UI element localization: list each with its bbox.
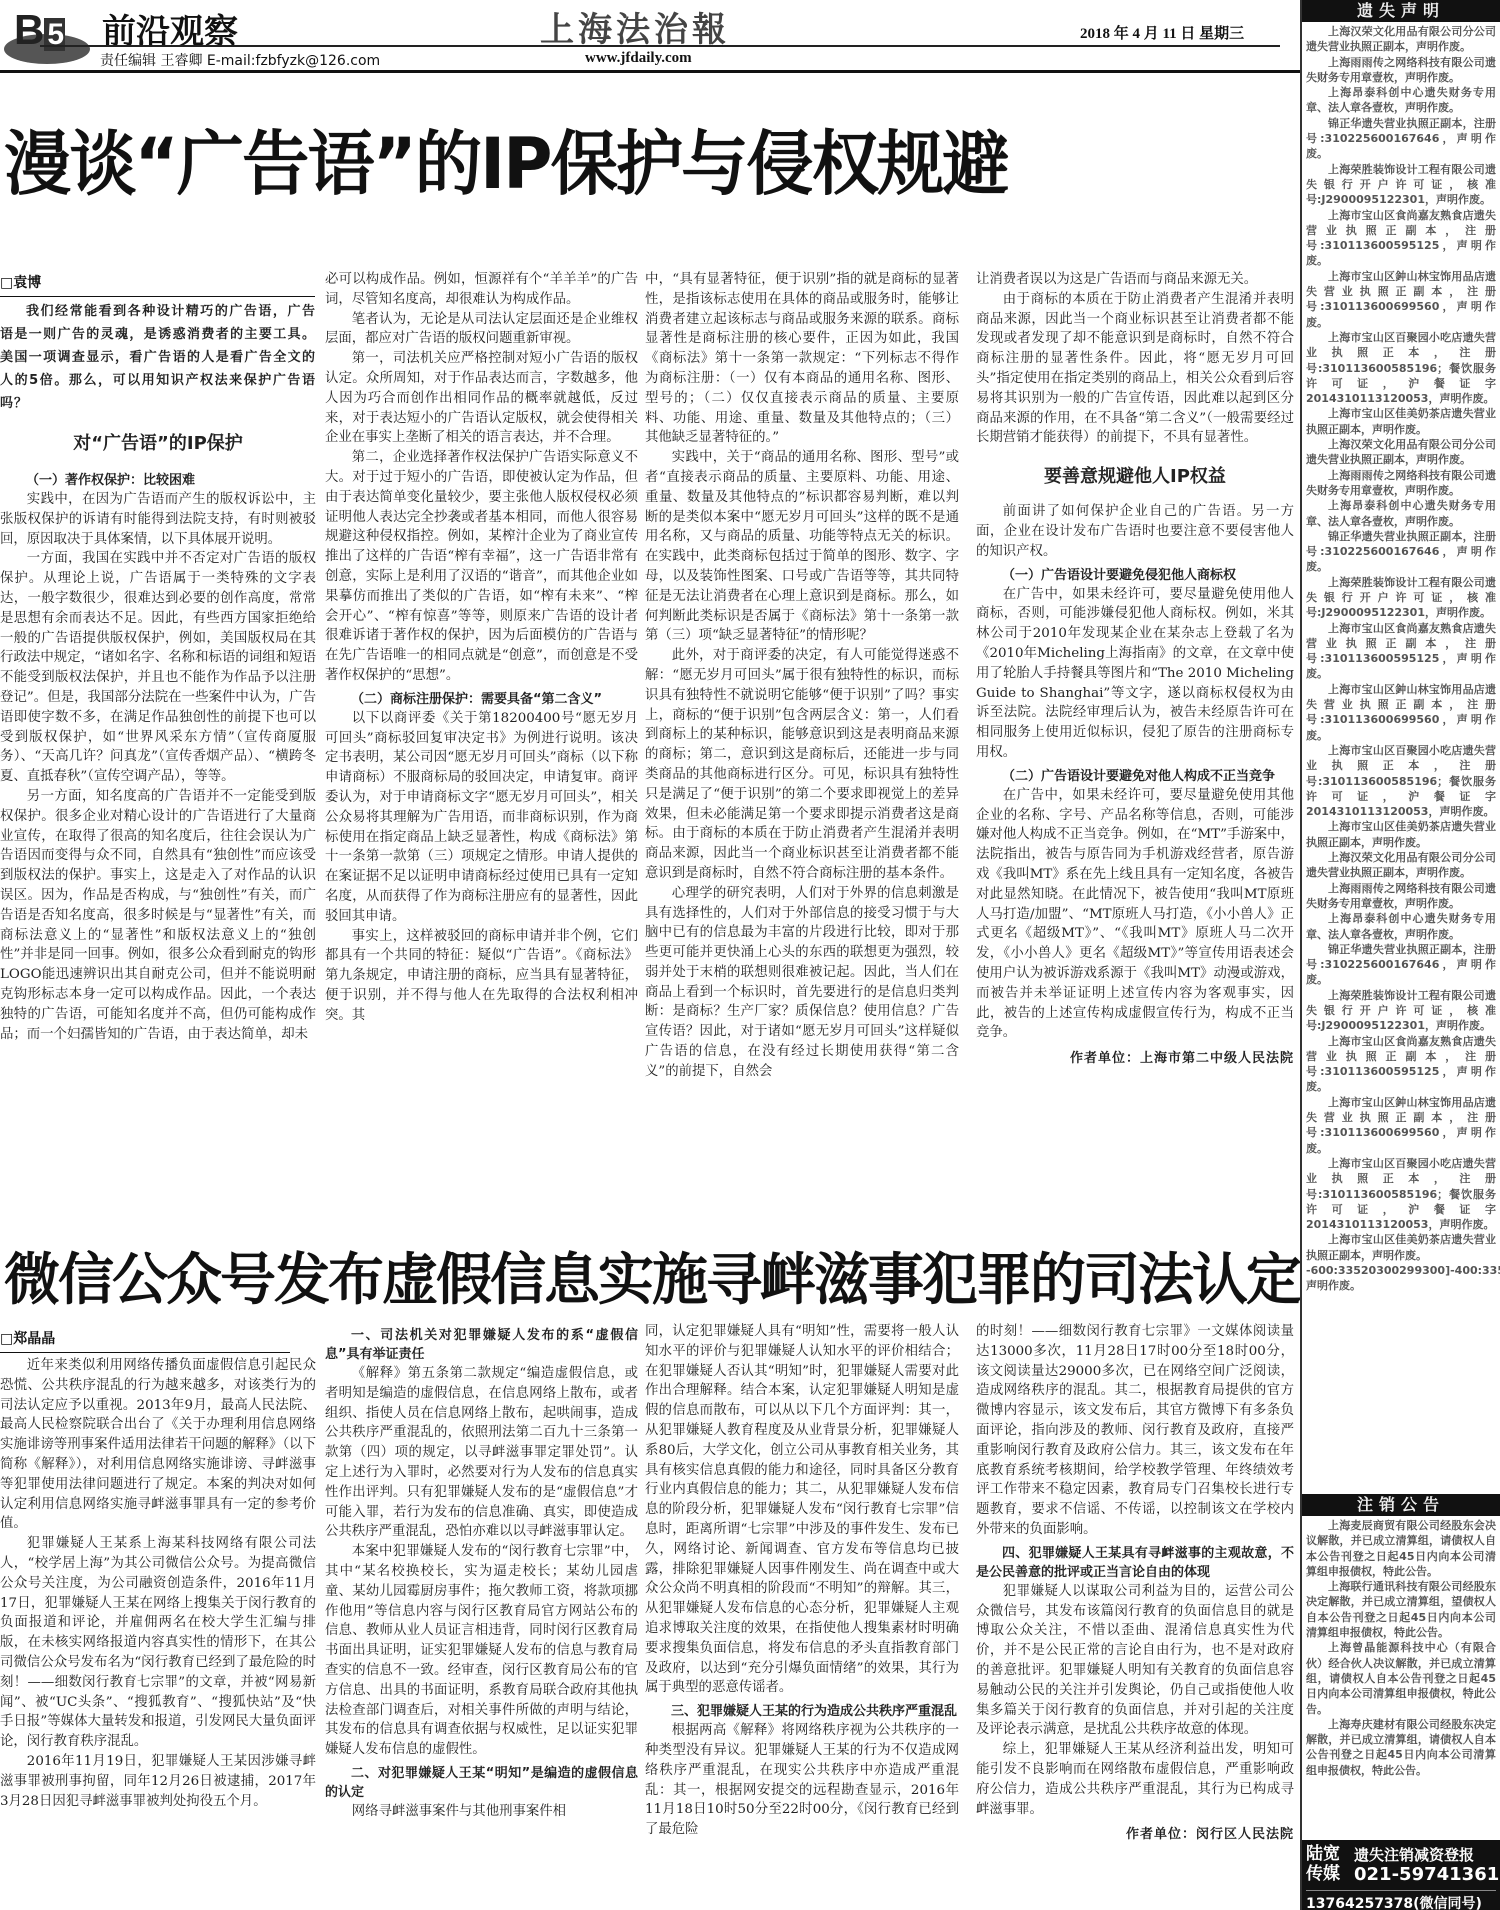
issue-date: 2018 年 4 月 11 日 星期三 bbox=[1080, 22, 1244, 43]
notice-item: 上海市宝山区鈡山林宝饰用品店遗失营业执照正副本，注册号:310113600699… bbox=[1306, 1095, 1496, 1156]
newspaper-masthead: 上海法治報 bbox=[540, 2, 730, 51]
notice-item: 上海市宝山区食尚嘉友熟食店遗失营业执照正副本，注册号:3101136005951… bbox=[1306, 621, 1496, 682]
article2-subheading-1: 一、司法机关对犯罪嫌疑人发布的系“虚假信息”具有举证责任 bbox=[325, 1324, 638, 1362]
paragraph: 笔者认为，无论是从司法认定层面还是企业维权层面，都应对广告语的版权问题重新审视。 bbox=[325, 310, 638, 350]
paragraph: 以下以商评委《关于第18200400号“愿无岁月可回头”商标驳回复审决定书》为例… bbox=[325, 709, 638, 927]
article2-byline: □郑晶晶 bbox=[0, 1328, 290, 1353]
notice-item: 上海市宝山区食尚嘉友熟食店遗失营业执照正副本，注册号:3101136005951… bbox=[1306, 208, 1496, 269]
page-number-badge: B5 bbox=[4, 6, 90, 64]
article1-subheading-3: （一）广告语设计要避免侵犯他人商标权 bbox=[976, 564, 1294, 583]
article2-subheading-3: 三、犯罪嫌疑人王某的行为造成公共秩序严重混乱 bbox=[645, 1700, 959, 1719]
notice-item: 上海雨雨传之网络科技有限公司遗失财务专用章壹枚，声明作废。 bbox=[1306, 881, 1496, 912]
page-letter: B bbox=[14, 6, 42, 53]
notice-item: 上海市宝山区百聚园小吃店遗失营业执照正本，注册号:310113600585196… bbox=[1306, 330, 1496, 406]
paragraph: 第一，司法机关应严格控制对短小广告语的版权认定。众所周知，对于作品表达而言，字数… bbox=[325, 349, 638, 448]
notice-item: 上海市宝山区佳美奶茶店遗失营业执照正副本，声明作废。 bbox=[1306, 406, 1496, 437]
article1-headline: 漫谈“广告语”的IP保护与侵权规避 bbox=[4, 108, 1008, 209]
paragraph: 综上，犯罪嫌疑人王某从经济利益出发，明知可能引发不良影响而在网络散布虚假信息，严… bbox=[976, 1740, 1294, 1819]
notice-item: 上海市宝山区佳美奶茶店遗失营业执照正副本，声明作废。 bbox=[1306, 819, 1496, 850]
article2-subheading-2: 二、对犯罪嫌疑人王某“明知”是编造的虚假信息的认定 bbox=[325, 1762, 638, 1800]
ad-mobile[interactable]: 13764257378(微信同号) bbox=[1306, 1890, 1496, 1910]
paragraph: 网络寻衅滋事案件与其他刑事案件相 bbox=[325, 1802, 638, 1822]
article2-column-2: 一、司法机关对犯罪嫌疑人发布的系“虚假信息”具有举证责任 《解释》第五条第二款规… bbox=[325, 1322, 638, 1910]
ad-brand: 陆宽传媒 bbox=[1306, 1844, 1346, 1884]
paragraph: 实践中，关于“商品的通用名称、图形、型号”或者“直接表示商品的质量、主要原料、功… bbox=[645, 448, 959, 646]
article1-author-affiliation: 作者单位：上海市第二中级人民法院 bbox=[976, 1047, 1294, 1066]
notice-item: 上海昂泰科创中心遗失财务专用章、法人章各壹枚，声明作废。 bbox=[1306, 911, 1496, 942]
notice-item: 上海市宝山区食尚嘉友熟食店遗失营业执照正副本，注册号:3101136005951… bbox=[1306, 1034, 1496, 1095]
cancel-notice-title: 注销公告 bbox=[1302, 1494, 1500, 1516]
notice-item: 锦正华遗失营业执照正副本，注册号:310225600167646，声明作废。 bbox=[1306, 942, 1496, 988]
notice-item: 上海市宝山区百聚园小吃店遗失营业执照正本，注册号:310113600585196… bbox=[1306, 1156, 1496, 1232]
paragraph: 心理学的研究表明，人们对于外界的信息刺激是具有选择性的，人们对于外部信息的接受习… bbox=[645, 884, 959, 1082]
classifieds-sidebar: 遗失声明 上海汉荣文化用品有限公司分公司遗失营业执照正副本，声明作废。 上海雨雨… bbox=[1300, 0, 1500, 1910]
paragraph: 犯罪嫌疑人以谋取公司利益为目的，运营公司公众微信号，其发布该篇闵行教育的负面信息… bbox=[976, 1582, 1294, 1740]
article1-subheading-4: （二）广告语设计要避免对他人构成不正当竞争 bbox=[976, 765, 1294, 784]
paragraph: 2016年11月19日，犯罪嫌疑人王某因涉嫌寻衅滋事罪被刑事拘留，同年12月26… bbox=[0, 1752, 316, 1811]
website-link[interactable]: www.jfdaily.com bbox=[585, 50, 692, 67]
notice-item: 锦正华遗失营业执照正副本，注册号:310225600167646，声明作废。 bbox=[1306, 529, 1496, 575]
notice-item: 上海荣胜装饰设计工程有限公司遗失银行开户许可证，核准号:J29000951223… bbox=[1306, 575, 1496, 621]
header-rule bbox=[40, 45, 1280, 47]
article2-column-1: 近年来类似利用网络传播负面虚假信息引起民众恐慌、公共秩序混乱的行为越来越多，对该… bbox=[0, 1356, 316, 1910]
paragraph: 必可以构成作品。例如，恒源祥有个“羊羊羊”的广告词，尽管知名度高，却很难认为构成… bbox=[325, 270, 638, 310]
article1-section-heading-2: 要善意规避他人IP权益 bbox=[976, 462, 1294, 488]
paragraph: 实践中，在因为广告语而产生的版权诉讼中，主张版权保护的诉请有时能得到法院支持，有… bbox=[0, 490, 316, 549]
article2-subheading-4: 四、犯罪嫌疑人王某具有寻衅滋事的主观故意，不是公民善意的批评或正当言论自由的体现 bbox=[976, 1542, 1294, 1580]
lost-notice-title: 遗失声明 bbox=[1302, 0, 1500, 22]
article2-author-affiliation: 作者单位：闵行区人民法院 bbox=[976, 1823, 1294, 1842]
article1-column-2: 必可以构成作品。例如，恒源祥有个“羊羊羊”的广告词，尽管知名度高，却很难认为构成… bbox=[325, 270, 638, 1235]
paragraph: 《解释》第五条第二款规定“编造虚假信息，或者明知是编造的虚假信息，在信息网络上散… bbox=[325, 1364, 638, 1542]
notice-item: -600:33520300299300]-400:33520400520900]… bbox=[1306, 1263, 1496, 1294]
notice-item: 上海市宝山区百聚园小吃店遗失营业执照正本，注册号:310113600585196… bbox=[1306, 743, 1496, 819]
paragraph: 同，认定犯罪嫌疑人具有“明知”性，需要将一般人认知水平的评价与犯罪嫌疑人认知水平… bbox=[645, 1322, 959, 1698]
notice-item: 上海汉荣文化用品有限公司分公司遗失营业执照正副本，声明作废。 bbox=[1306, 850, 1496, 881]
paragraph: 根据两高《解释》将网络秩序视为公共秩序的一种类型没有异议。犯罪嫌疑人王某的行为不… bbox=[645, 1721, 959, 1840]
lost-notice-list: 上海汉荣文化用品有限公司分公司遗失营业执照正副本，声明作废。 上海雨雨传之网络科… bbox=[1302, 22, 1500, 1492]
article1-column-4: 让消费者误以为这是广告语而与商品来源无关。 由于商标的本质在于防止消费者产生混淆… bbox=[976, 270, 1294, 1235]
ad-service: 遗失注销减资登报 bbox=[1354, 1844, 1474, 1865]
notice-item: 上海雨雨传之网络科技有限公司遗失财务专用章壹枚，声明作废。 bbox=[1306, 55, 1496, 86]
notice-item: 上海汉荣文化用品有限公司分公司遗失营业执照正副本，声明作废。 bbox=[1306, 24, 1496, 55]
notice-item: 上海曾晶能源科技中心（有限合伙）经合伙人决议解散，并已成立清算组，请债权人自本公… bbox=[1306, 1640, 1496, 1716]
paragraph: 一方面，我国在实践中并不否定对广告语的版权保护。从理论上说，广告语属于一类特殊的… bbox=[0, 549, 316, 787]
article1-subheading-1: （一）著作权保护：比较困难 bbox=[0, 469, 316, 488]
paragraph: 让消费者误以为这是广告语而与商品来源无关。 bbox=[976, 270, 1294, 290]
notice-item: 上海麦辰商贸有限公司经股东会决议解散，并已成立清算组，请债权人自本公告刊登之日起… bbox=[1306, 1518, 1496, 1579]
notice-item: 上海市宝山区鈡山林宝饰用品店遗失营业执照正副本，注册号:310113600699… bbox=[1306, 269, 1496, 330]
article1-column-1: 我们经常能看到各种设计精巧的广告语，广告语是一则广告的灵魂，是诱惑消费者的主要工… bbox=[0, 300, 316, 1235]
paragraph: 犯罪嫌疑人王某系上海某科技网络有限公司法人，“校学居上海”为其公司微信公众号。为… bbox=[0, 1534, 316, 1752]
paragraph: 由于商标的本质在于防止消费者产生混淆并表明商品来源，因此当一个商业标识甚至让消费… bbox=[976, 290, 1294, 448]
paragraph: 此外，对于商评委的决定，有人可能觉得迷惑不解：“愿无岁月可回头”属于很有独特性的… bbox=[645, 646, 959, 884]
classified-ad-banner: 陆宽传媒 遗失注销减资登报 021-59741361 13764257378(微… bbox=[1302, 1840, 1500, 1910]
header-bottom-rule bbox=[0, 70, 1300, 73]
paragraph: 在广告中，如果未经许可，要尽量避免使用其他企业的名称、字号、产品名称等信息，否则… bbox=[976, 786, 1294, 1043]
paragraph: 近年来类似利用网络传播负面虚假信息引起民众恐慌、公共秩序混乱的行为越来越多，对该… bbox=[0, 1356, 316, 1534]
paragraph: 第二，企业选择著作权法保护广告语实际意义不大。对于过于短小的广告语，即使被认定为… bbox=[325, 448, 638, 686]
notice-item: 上海市宝山区鈡山林宝饰用品店遗失营业执照正副本，注册号:310113600699… bbox=[1306, 682, 1496, 743]
notice-item: 上海昂泰科创中心遗失财务专用章、法人章各壹枚，声明作废。 bbox=[1306, 498, 1496, 529]
article1-subheading-2: （二）商标注册保护：需要具备“第二含义” bbox=[325, 688, 638, 707]
article1-column-3: 中，“具有显著特征，便于识别”指的就是商标的显著性，是指该标志使用在具体的商品或… bbox=[645, 270, 959, 1235]
editor-credit: 责任编辑 王睿卿 E-mail:fzbfyzk@126.com bbox=[100, 50, 380, 70]
notice-item: 上海荣胜装饰设计工程有限公司遗失银行开户许可证，核准号:J29000951223… bbox=[1306, 988, 1496, 1034]
article1-section-heading-1: 对“广告语”的IP保护 bbox=[0, 429, 316, 455]
paragraph: 在广告中，如果未经许可，要尽量避免使用他人商标，否则，可能涉嫌侵犯他人商标权。例… bbox=[976, 585, 1294, 763]
article2-column-3: 同，认定犯罪嫌疑人具有“明知”性，需要将一般人认知水平的评价与犯罪嫌疑人认知水平… bbox=[645, 1322, 959, 1910]
article1-byline: □袁博 bbox=[0, 272, 315, 297]
paragraph: 本案中犯罪嫌疑人发布的“闵行教育七宗罪”中，其中“某名校换校长，实为逼走校长；某… bbox=[325, 1542, 638, 1760]
page-header: B5 前沿观察 上海法治報 责任编辑 王睿卿 E-mail:fzbfyzk@12… bbox=[0, 0, 1300, 72]
paragraph: 前面讲了如何保护企业自己的广告语。另一方面，企业在设计发布广告语时也要注意不要侵… bbox=[976, 502, 1294, 561]
article2-column-4: 的时刻！——细数闵行教育七宗罪》一文媒体阅读量达13000多次，11月28日17… bbox=[976, 1322, 1294, 1910]
cancel-notice-list: 上海麦辰商贸有限公司经股东会决议解散，并已成立清算组，请债权人自本公告刊登之日起… bbox=[1302, 1516, 1500, 1836]
notice-item: 上海市宝山区佳美奶茶店遗失营业执照正副本，声明作废。 bbox=[1306, 1232, 1496, 1263]
notice-item: 上海汉荣文化用品有限公司分公司遗失营业执照正副本，声明作废。 bbox=[1306, 437, 1496, 468]
article2-headline: 微信公众号发布虚假信息实施寻衅滋事犯罪的司法认定 bbox=[4, 1236, 1300, 1316]
notice-item: 上海荣胜装饰设计工程有限公司遗失银行开户许可证，核准号:J29000951223… bbox=[1306, 162, 1496, 208]
notice-item: 上海寿庆建材有限公司经股东决定解散，并已成立清算组，请债权人自本公告刊登之日起4… bbox=[1306, 1717, 1496, 1778]
notice-item: 锦正华遗失营业执照正副本，注册号:310225600167646，声明作废。 bbox=[1306, 116, 1496, 162]
notice-item: 上海昂泰科创中心遗失财务专用章、法人章各壹枚，声明作废。 bbox=[1306, 85, 1496, 116]
notice-item: 上海联行通讯科技有限公司经股东决定解散，并已成立清算组，望债权人自本公告刊登之日… bbox=[1306, 1579, 1496, 1640]
paragraph: 中，“具有显著特征，便于识别”指的就是商标的显著性，是指该标志使用在具体的商品或… bbox=[645, 270, 959, 448]
article1-lead: 我们经常能看到各种设计精巧的广告语，广告语是一则广告的灵魂，是诱惑消费者的主要工… bbox=[0, 300, 316, 415]
paragraph: 的时刻！——细数闵行教育七宗罪》一文媒体阅读量达13000多次，11月28日17… bbox=[976, 1322, 1294, 1540]
ad-phone[interactable]: 021-59741361 bbox=[1354, 1864, 1499, 1885]
paragraph: 事实上，这样被驳回的商标申请并非个例，它们都具有一个共同的特征：疑似“广告语”。… bbox=[325, 927, 638, 1026]
paragraph: 另一方面，知名度高的广告语并不一定能受到版权保护。很多企业对精心设计的广告语进行… bbox=[0, 787, 316, 1044]
notice-item: 上海雨雨传之网络科技有限公司遗失财务专用章壹枚，声明作废。 bbox=[1306, 468, 1496, 499]
